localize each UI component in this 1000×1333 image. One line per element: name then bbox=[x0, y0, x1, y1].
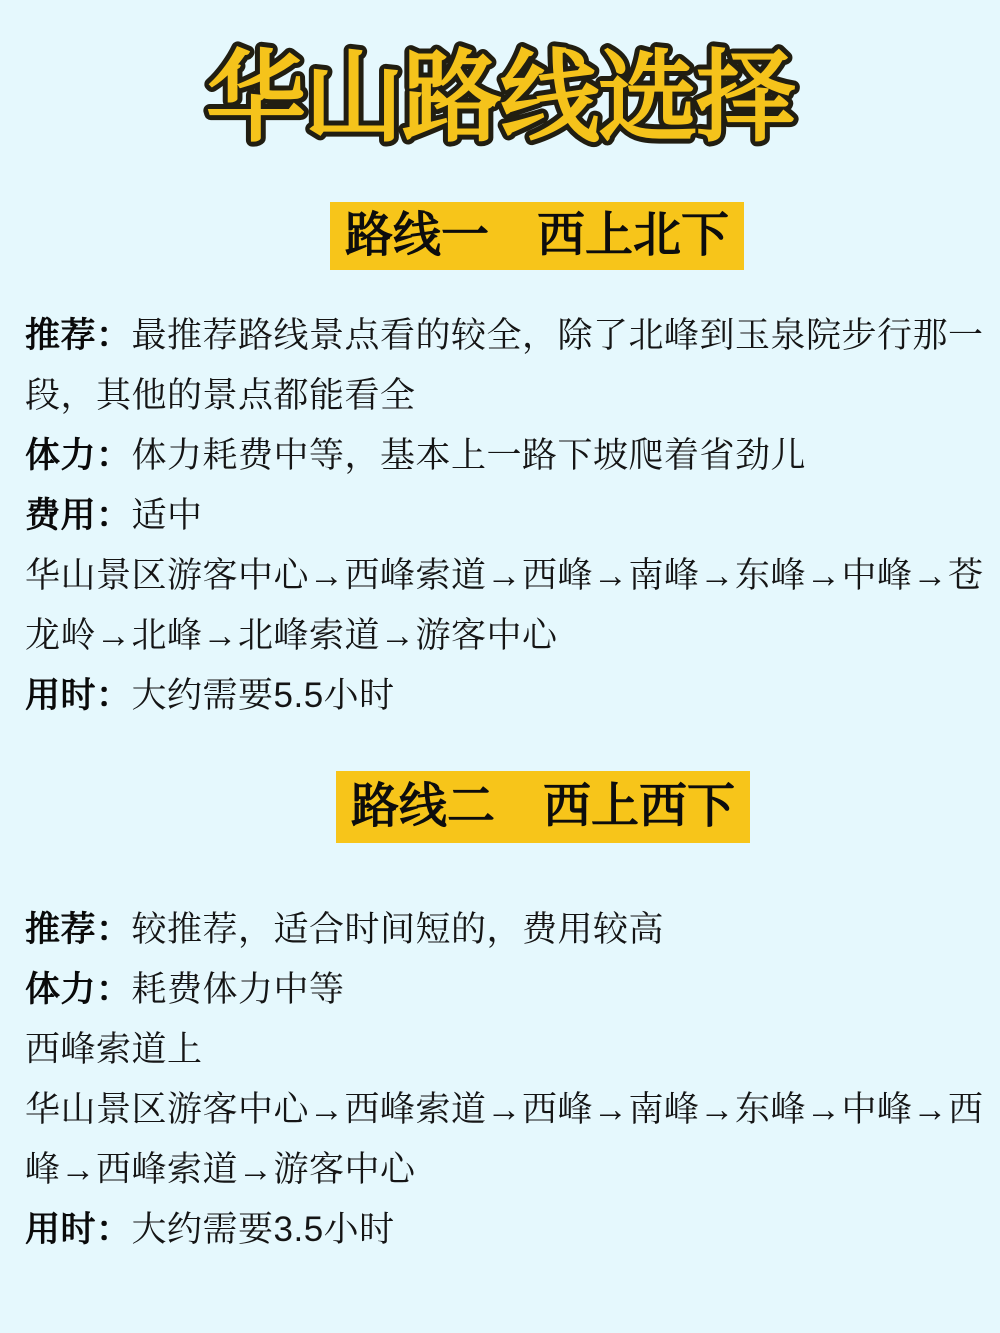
field-text: 耗费体力中等 bbox=[132, 970, 345, 1009]
field-label-recommend: 推荐： bbox=[25, 316, 132, 355]
field-text: 西峰索道上 bbox=[25, 1030, 203, 1069]
route-path-text: 华山景区游客中心→西峰索道→西峰→南峰→东峰→中峰→西 bbox=[25, 1090, 984, 1129]
route-path-text: 华山景区游客中心→西峰索道→西峰→南峰→东峰→中峰→苍 bbox=[25, 556, 984, 595]
route-1-recommend-line-1: 推荐：最推荐路线景点看的较全，除了北峰到玉泉院步行那一 bbox=[25, 306, 985, 366]
route-2-stamina-line: 体力：耗费体力中等 bbox=[25, 960, 985, 1020]
field-label-duration: 用时： bbox=[25, 1210, 132, 1249]
field-label-stamina: 体力： bbox=[25, 436, 132, 475]
route-2-details: 推荐：较推荐，适合时间短的，费用较高 体力：耗费体力中等 西峰索道上 华山景区游… bbox=[25, 900, 985, 1260]
field-text: 大约需要5.5小时 bbox=[132, 676, 395, 715]
field-label-stamina: 体力： bbox=[25, 970, 132, 1009]
route-2-duration-line: 用时：大约需要3.5小时 bbox=[25, 1200, 985, 1260]
route-1-path-line-1: 华山景区游客中心→西峰索道→西峰→南峰→东峰→中峰→苍 bbox=[25, 546, 985, 606]
route-1-duration-line: 用时：大约需要5.5小时 bbox=[25, 666, 985, 726]
field-text: 较推荐，适合时间短的，费用较高 bbox=[132, 910, 665, 949]
page-title: 华山路线选择 bbox=[0, 28, 1000, 168]
route-2-path-line-2: 峰→西峰索道→游客中心 bbox=[25, 1140, 985, 1200]
route-2-cableway-line: 西峰索道上 bbox=[25, 1020, 985, 1080]
field-text: 最推荐路线景点看的较全，除了北峰到玉泉院步行那一 bbox=[132, 316, 984, 355]
route-2-recommend-line: 推荐：较推荐，适合时间短的，费用较高 bbox=[25, 900, 985, 960]
field-text: 适中 bbox=[132, 496, 203, 535]
field-label-recommend: 推荐： bbox=[25, 910, 132, 949]
title-graphic: 华山路线选择 bbox=[0, 28, 1000, 168]
field-text: 大约需要3.5小时 bbox=[132, 1210, 395, 1249]
poster-page: 华山路线选择 路线一 西上北下 推荐：最推荐路线景点看的较全，除了北峰到玉泉院步… bbox=[0, 0, 1000, 1333]
route-1-header: 路线一 西上北下 bbox=[330, 202, 744, 270]
field-label-duration: 用时： bbox=[25, 676, 132, 715]
route-2-path-line-1: 华山景区游客中心→西峰索道→西峰→南峰→东峰→中峰→西 bbox=[25, 1080, 985, 1140]
route-1-cost-line: 费用：适中 bbox=[25, 486, 985, 546]
field-text: 体力耗费中等，基本上一路下坡爬着省劲儿 bbox=[132, 436, 807, 475]
route-path-text: 峰→西峰索道→游客中心 bbox=[25, 1150, 416, 1189]
route-1-recommend-line-2: 段，其他的景点都能看全 bbox=[25, 366, 985, 426]
field-label-cost: 费用： bbox=[25, 496, 132, 535]
route-1-details: 推荐：最推荐路线景点看的较全，除了北峰到玉泉院步行那一 段，其他的景点都能看全 … bbox=[25, 306, 985, 726]
route-2-header: 路线二 西上西下 bbox=[336, 771, 750, 843]
page-title-text: 华山路线选择 bbox=[206, 42, 795, 154]
field-text: 段，其他的景点都能看全 bbox=[25, 376, 416, 415]
route-1-stamina-line: 体力：体力耗费中等，基本上一路下坡爬着省劲儿 bbox=[25, 426, 985, 486]
route-path-text: 龙岭→北峰→北峰索道→游客中心 bbox=[25, 616, 558, 655]
route-1-path-line-2: 龙岭→北峰→北峰索道→游客中心 bbox=[25, 606, 985, 666]
